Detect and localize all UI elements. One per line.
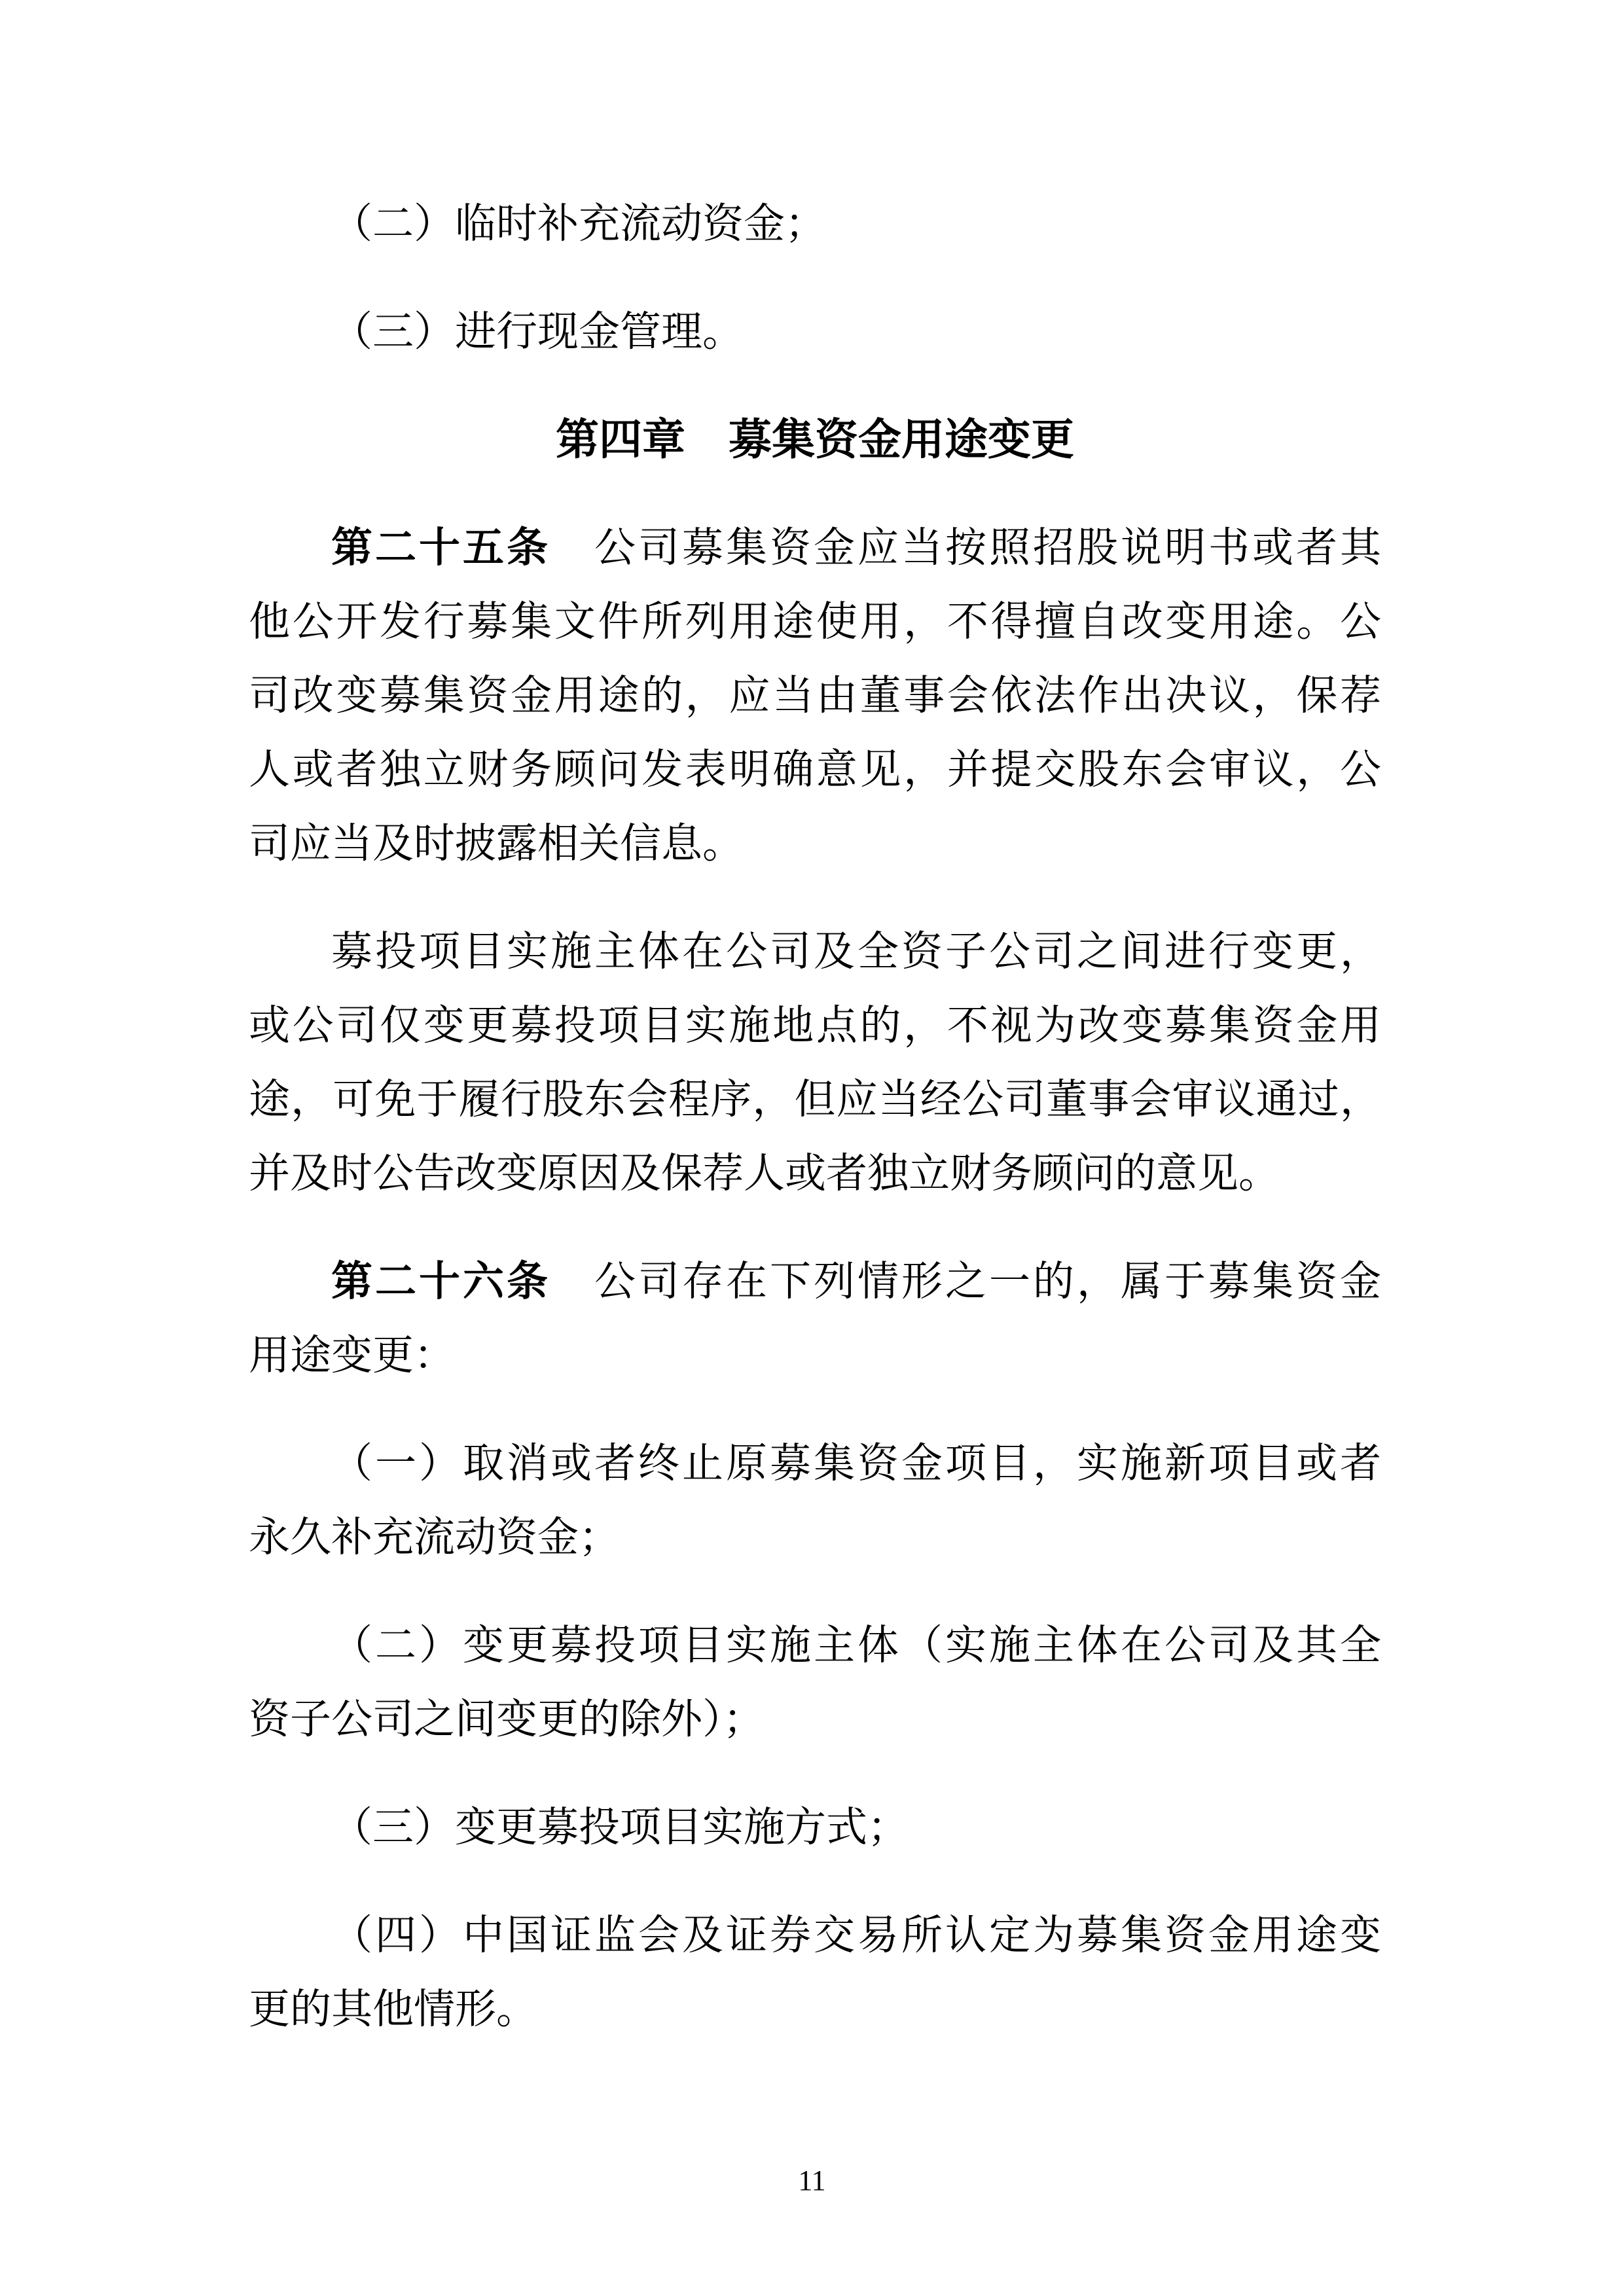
text-line: 募投项目实施主体在公司及全资子公司之间进行变更， — [249, 915, 1381, 989]
text-line: 并及时公告改变原因及保荐人或者独立财务顾问的意见。 — [249, 1137, 1381, 1211]
text-line: （四）中国证监会及证券交易所认定为募集资金用途变 — [249, 1899, 1381, 1973]
text-run: 公司存在下列情形之一的，属于募集资金 — [550, 1259, 1381, 1304]
document-body: （二）临时补充流动资金； （三）进行现金管理。 第四章 募集资金用途变更 第二十… — [249, 187, 1381, 2047]
text-line: 永久补充流动资金； — [249, 1501, 1381, 1575]
document-page: （二）临时补充流动资金； （三）进行现金管理。 第四章 募集资金用途变更 第二十… — [0, 0, 1624, 2296]
article-26-paragraph: 第二十六条 公司存在下列情形之一的，属于募集资金 用途变更： — [249, 1245, 1381, 1393]
list-item-4-paragraph: （四）中国证监会及证券交易所认定为募集资金用途变 更的其他情形。 — [249, 1899, 1381, 2047]
paragraph-implementation-change: 募投项目实施主体在公司及全资子公司之间进行变更， 或公司仅变更募投项目实施地点的… — [249, 915, 1381, 1211]
article-25-number: 第二十五条 — [331, 525, 550, 571]
text-line: 资子公司之间变更的除外）； — [249, 1683, 1381, 1757]
text-line: 用途变更： — [249, 1319, 1381, 1393]
page-number: 11 — [0, 2161, 1624, 2200]
list-item-3-paragraph: （三）变更募投项目实施方式； — [249, 1791, 1381, 1865]
article-25-paragraph: 第二十五条 公司募集资金应当按照招股说明书或者其 他公开发行募集文件所列用途使用… — [249, 511, 1381, 881]
list-item-2-paragraph: （二）变更募投项目实施主体（实施主体在公司及其全 资子公司之间变更的除外）； — [249, 1609, 1381, 1757]
text-line: 或公司仅变更募投项目实施地点的，不视为改变募集资金用 — [249, 989, 1381, 1063]
text-run: 公司募集资金应当按照招股说明书或者其 — [550, 525, 1381, 571]
text-line: 他公开发行募集文件所列用途使用，不得擅自改变用途。公 — [249, 585, 1381, 659]
text-line: （一）取消或者终止原募集资金项目，实施新项目或者 — [249, 1427, 1381, 1501]
text-line: 途，可免于履行股东会程序，但应当经公司董事会审议通过， — [249, 1063, 1381, 1137]
text-line: （二）变更募投项目实施主体（实施主体在公司及其全 — [249, 1609, 1381, 1683]
article-26-number: 第二十六条 — [331, 1259, 550, 1304]
text-line: 司应当及时披露相关信息。 — [249, 807, 1381, 881]
list-item-2: （二）临时补充流动资金； — [249, 187, 1381, 261]
text-line: 人或者独立财务顾问发表明确意见，并提交股东会审议，公 — [249, 733, 1381, 807]
text-line: （三）变更募投项目实施方式； — [249, 1791, 1381, 1865]
text-line: 更的其他情形。 — [249, 1973, 1381, 2047]
text-line: 司改变募集资金用途的，应当由董事会依法作出决议，保荐 — [249, 659, 1381, 733]
chapter-heading: 第四章 募集资金用途变更 — [249, 403, 1381, 477]
text-line: 第二十五条 公司募集资金应当按照招股说明书或者其 — [249, 511, 1381, 585]
list-item-1-paragraph: （一）取消或者终止原募集资金项目，实施新项目或者 永久补充流动资金； — [249, 1427, 1381, 1575]
text-line: 第二十六条 公司存在下列情形之一的，属于募集资金 — [249, 1245, 1381, 1319]
list-item-3: （三）进行现金管理。 — [249, 295, 1381, 369]
